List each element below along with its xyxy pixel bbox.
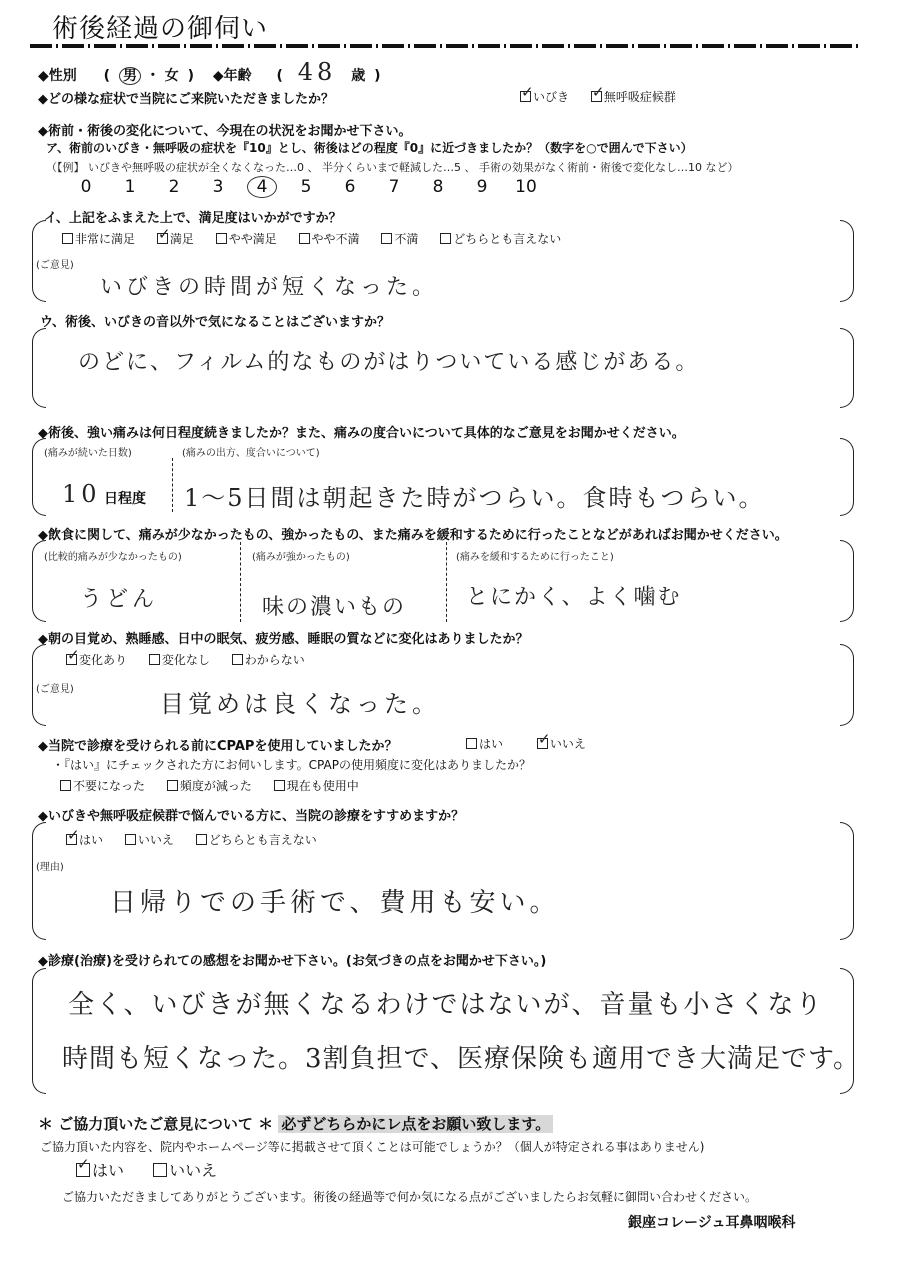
change-example: （【例】 いびきや無呼吸の症状が全くなくなった…0 、 半分くらいまで軽減した…… bbox=[46, 159, 738, 175]
pain-days-unit: 日程度 bbox=[104, 488, 146, 508]
food-col-label: (痛みが強かったもの) bbox=[252, 548, 350, 563]
pain-detail-label: (痛みの出方、度合いについて) bbox=[182, 444, 320, 459]
food-col-label: (痛みを緩和するために行ったこと) bbox=[456, 548, 614, 563]
cpap-sub-option[interactable]: 現在も使用中 bbox=[274, 779, 359, 793]
recommend-question: ◆いびきや無呼吸症候群で悩んでいる方に、当院の診療をすすめますか？ bbox=[38, 805, 464, 824]
impressions-question: ◆診療(治療)を受けられての感想をお聞かせ下さい。(お気づきの点をお聞かせ下さい… bbox=[38, 950, 546, 969]
satisfaction-opinion-label: (ご意見) bbox=[36, 256, 74, 271]
satisfaction-question: イ、上記をふまえた上で、満足度はいかがですか？ bbox=[44, 207, 342, 226]
checkbox-icon bbox=[537, 738, 548, 749]
checkbox-icon bbox=[149, 654, 160, 665]
symptom-option-snoring[interactable]: いびき bbox=[520, 90, 569, 104]
checkbox-icon bbox=[76, 1163, 90, 1177]
bracket-left bbox=[32, 822, 46, 940]
checkbox-icon bbox=[62, 233, 73, 244]
scale-6[interactable]: 6 bbox=[328, 177, 372, 197]
recommend-reason[interactable]: 日帰りでの手術で、費用も安い。 bbox=[110, 882, 559, 919]
bracket-right bbox=[840, 220, 854, 302]
scale-8[interactable]: 8 bbox=[416, 177, 460, 197]
thanks-message: ご協力いただきましてありがとうございます。術後の経過等で何か気になる点がございま… bbox=[62, 1188, 757, 1205]
scale-1[interactable]: 1 bbox=[108, 177, 152, 197]
checkbox-icon bbox=[196, 834, 207, 845]
bracket-right bbox=[840, 968, 854, 1094]
bracket-right bbox=[840, 822, 854, 940]
bracket-right bbox=[840, 644, 854, 726]
cpap-question: ◆当院で診療を受けられる前にCPAPを使用していましたか？ bbox=[38, 735, 397, 754]
symptom-question: ◆どの様な症状で当院にご来院いただきましたか？ bbox=[38, 88, 334, 107]
scale-3[interactable]: 3 bbox=[196, 177, 240, 197]
checkbox-icon bbox=[440, 233, 451, 244]
pain-days-value[interactable]: 10 bbox=[62, 480, 101, 508]
pain-days-label: (痛みが続いた日数) bbox=[44, 444, 132, 459]
recommend-option[interactable]: いいえ bbox=[125, 833, 174, 847]
impressions-line-2[interactable]: 時間も短くなった。3割負担で、医療保険も適用でき大満足です。 bbox=[62, 1038, 860, 1075]
satisfaction-option[interactable]: やや満足 bbox=[216, 232, 277, 246]
scale-9[interactable]: 9 bbox=[460, 177, 504, 197]
consent-option-no[interactable]: いいえ bbox=[153, 1161, 217, 1180]
gender-option-female[interactable]: 女 bbox=[165, 68, 179, 84]
bracket-left bbox=[32, 968, 46, 1094]
scale-2[interactable]: 2 bbox=[152, 177, 196, 197]
cpap-option-yes[interactable]: はい bbox=[466, 737, 503, 751]
satisfaction-option[interactable]: 満足 bbox=[157, 232, 194, 246]
consent-emphasis: 必ずどちらかにレ点をお願い致します。 bbox=[278, 1115, 553, 1133]
other-concerns-question: ウ、術後、いびきの音以外で気になることはございますか？ bbox=[40, 311, 390, 330]
bracket-right bbox=[840, 540, 854, 622]
title-divider bbox=[30, 44, 862, 48]
sleep-option[interactable]: 変化あり bbox=[66, 653, 127, 667]
checkbox-icon bbox=[60, 780, 71, 791]
satisfaction-option[interactable]: 不満 bbox=[381, 232, 418, 246]
gender-row: ◆性別 ( 男 ・ 女 ) ◆年齢 ( 48 歳 ) bbox=[38, 58, 380, 86]
checkbox-icon bbox=[216, 233, 227, 244]
food-less-pain[interactable]: うどん bbox=[80, 582, 158, 613]
sleep-question: ◆朝の目覚め、熟睡感、日中の眠気、疲労感、睡眠の質などに変化はありましたか？ bbox=[38, 628, 528, 647]
other-concerns-answer[interactable]: のどに、フィルム的なものがはりついている感じがある。 bbox=[78, 345, 699, 376]
satisfaction-opinion[interactable]: いびきの時間が短くなった。 bbox=[100, 270, 438, 301]
sleep-opinion-label: (ご意見) bbox=[36, 680, 74, 695]
change-a-question: ア、術前のいびき・無呼吸の症状を『10』とし、術後はどの程度『0』に近づきました… bbox=[46, 139, 693, 156]
checkbox-icon bbox=[299, 233, 310, 244]
cpap-sub-option[interactable]: 頻度が減った bbox=[167, 779, 252, 793]
cpap-option-no[interactable]: いいえ bbox=[537, 737, 586, 751]
checkbox-icon bbox=[66, 654, 77, 665]
cpap-sub-options: 不要になった 頻度が減った 現在も使用中 bbox=[60, 777, 377, 794]
food-question: ◆飲食に関して、痛みが少なかったもの、強かったもの、また痛みを緩和するために行っ… bbox=[38, 524, 788, 543]
checkbox-icon bbox=[167, 780, 178, 791]
cpap-sub-question: ・『はい』にチェックされた方にお伺いします。CPAPの使用頻度に変化はありました… bbox=[52, 756, 531, 773]
recommend-reason-label: (理由) bbox=[36, 858, 64, 873]
gender-option-male[interactable]: 男 bbox=[119, 67, 141, 85]
food-col-label: (比較的痛みが少なかったもの) bbox=[44, 548, 182, 563]
sleep-option[interactable]: 変化なし bbox=[149, 653, 210, 667]
consent-question: ご協力頂いた内容を、院内やホームページ等に掲載させて頂くことは可能でしょうか？（… bbox=[40, 1138, 704, 1155]
column-divider bbox=[172, 458, 173, 512]
symptom-option-apnea[interactable]: 無呼吸症候群 bbox=[591, 90, 676, 104]
scale-4-selected[interactable]: 4 bbox=[247, 176, 277, 198]
cpap-options: はい いいえ bbox=[466, 735, 604, 752]
checkbox-icon bbox=[232, 654, 243, 665]
checkbox-icon bbox=[125, 834, 136, 845]
scale-5[interactable]: 5 bbox=[284, 177, 328, 197]
impressions-line-1[interactable]: 全く、いびきが無くなるわけではないが、音量も小さくなり bbox=[68, 984, 823, 1021]
bracket-right bbox=[840, 438, 854, 516]
change-question: ◆術前・術後の変化について、今現在の状況をお聞かせ下さい。 bbox=[38, 120, 411, 139]
sleep-option[interactable]: わからない bbox=[232, 653, 305, 667]
checkbox-icon bbox=[66, 834, 77, 845]
satisfaction-option[interactable]: どちらとも言えない bbox=[440, 232, 561, 246]
column-divider bbox=[446, 542, 447, 622]
bracket-left bbox=[32, 328, 46, 408]
bracket-right bbox=[840, 328, 854, 408]
page-title: 術後経過の御伺い bbox=[52, 8, 268, 45]
checkbox-icon bbox=[381, 233, 392, 244]
checkbox-icon bbox=[466, 738, 477, 749]
sleep-options: 変化あり 変化なし わからない bbox=[66, 651, 323, 668]
consent-option-yes[interactable]: はい bbox=[76, 1161, 124, 1180]
satisfaction-option[interactable]: やや不満 bbox=[299, 232, 360, 246]
sleep-opinion[interactable]: 目覚めは良くなった。 bbox=[160, 684, 440, 719]
recommend-option[interactable]: どちらとも言えない bbox=[196, 833, 317, 847]
satisfaction-options: 非常に満足 満足 やや満足 やや不満 不満 どちらとも言えない bbox=[62, 230, 579, 247]
age-value[interactable]: 48 bbox=[298, 58, 337, 86]
satisfaction-option[interactable]: 非常に満足 bbox=[62, 232, 135, 246]
checkbox-icon bbox=[153, 1163, 167, 1177]
recommend-options: はい いいえ どちらとも言えない bbox=[66, 831, 335, 848]
checkbox-icon bbox=[274, 780, 285, 791]
recommend-option[interactable]: はい bbox=[66, 833, 103, 847]
change-scale: 012345678910 bbox=[64, 176, 548, 198]
symptom-options: いびき 無呼吸症候群 bbox=[520, 88, 694, 105]
food-relief[interactable]: とにかく、よく噛む bbox=[466, 580, 682, 611]
consent-options: はい いいえ bbox=[76, 1158, 235, 1181]
cpap-sub-option[interactable]: 不要になった bbox=[60, 779, 145, 793]
pain-detail[interactable]: 1〜5日間は朝起きた時がつらい。食時もつらい。 bbox=[184, 478, 765, 513]
checkbox-icon bbox=[157, 233, 168, 244]
scale-7[interactable]: 7 bbox=[372, 177, 416, 197]
scale-10[interactable]: 10 bbox=[504, 177, 548, 197]
clinic-name: 銀座コレージュ耳鼻咽喉科 bbox=[628, 1212, 795, 1232]
checkbox-icon bbox=[520, 91, 531, 102]
food-more-pain[interactable]: 味の濃いもの bbox=[262, 590, 406, 621]
gender-label: ◆性別 bbox=[38, 68, 77, 84]
consent-heading: ＊ ご協力頂いたご意見について ＊ 必ずどちらかにレ点をお願い致します。 bbox=[38, 1113, 553, 1134]
age-label: ◆年齢 bbox=[213, 68, 252, 84]
checkbox-icon bbox=[591, 91, 602, 102]
pain-question: ◆術後、強い痛みは何日程度続きましたか？また、痛みの度合いについて具体的なご意見… bbox=[38, 422, 685, 441]
scale-0[interactable]: 0 bbox=[64, 177, 108, 197]
column-divider bbox=[240, 542, 241, 622]
